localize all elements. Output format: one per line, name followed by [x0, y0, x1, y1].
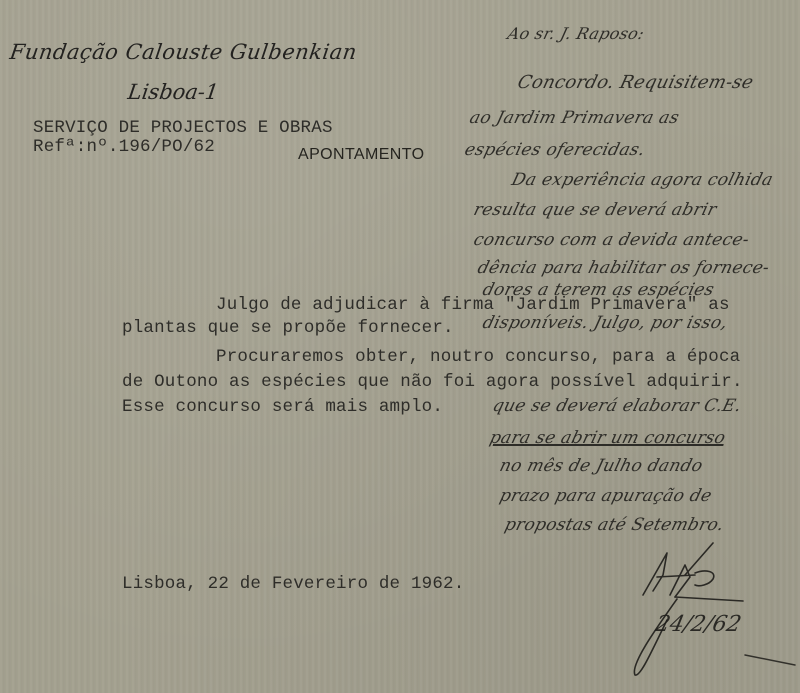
department-name: SERVIÇO DE PROJECTOS E OBRAS [33, 118, 333, 138]
handwritten-line: ao Jardim Primavera as [468, 108, 682, 128]
handwritten-line: dência para habilitar os fornece- [476, 258, 772, 278]
handwritten-line: prazo para apuração de [498, 486, 714, 506]
date-line: Lisboa, 22 de Fevereiro de 1962. [122, 574, 464, 594]
handwritten-line: que se deverá elaborar C.E. [491, 396, 744, 416]
handwritten-line: disponíveis. Julgo, por isso, [481, 313, 730, 333]
body-line: Procuraremos obter, noutro concurso, par… [216, 347, 740, 367]
handwritten-line: no mês de Julho dando [498, 456, 705, 476]
handwritten-salutation: Ao sr. J. Raposo: [506, 24, 647, 43]
body-line: de Outono as espécies que não foi agora … [122, 372, 743, 392]
handwritten-line: Da experiência agora colhida [510, 170, 776, 190]
handwritten-line: espécies oferecidas. [463, 140, 648, 160]
handwritten-line: concurso com a devida antece- [472, 230, 752, 250]
reference-number: Refª:nº.196/PO/62 [33, 137, 215, 157]
signature-icon: 24/2/62 [595, 535, 800, 685]
body-line: plantas que se propõe fornecer. [122, 318, 454, 338]
document-title: APONTAMENTO [298, 146, 425, 164]
letterhead-city: Lisboa-1 [126, 80, 220, 104]
handwritten-line: Concordo. Requisitem-se [515, 72, 755, 93]
handwritten-line: resulta que se deverá abrir [472, 200, 719, 220]
signature-date: 24/2/62 [652, 611, 743, 637]
handwritten-line: propostas até Setembro. [503, 515, 727, 535]
body-line: Esse concurso será mais amplo. [122, 397, 443, 417]
handwritten-line: para se abrir um concurso [488, 428, 728, 448]
handwritten-line: dores a terem as espécies [481, 280, 717, 300]
letterhead-organization: Fundação Calouste Gulbenkian [8, 40, 358, 64]
